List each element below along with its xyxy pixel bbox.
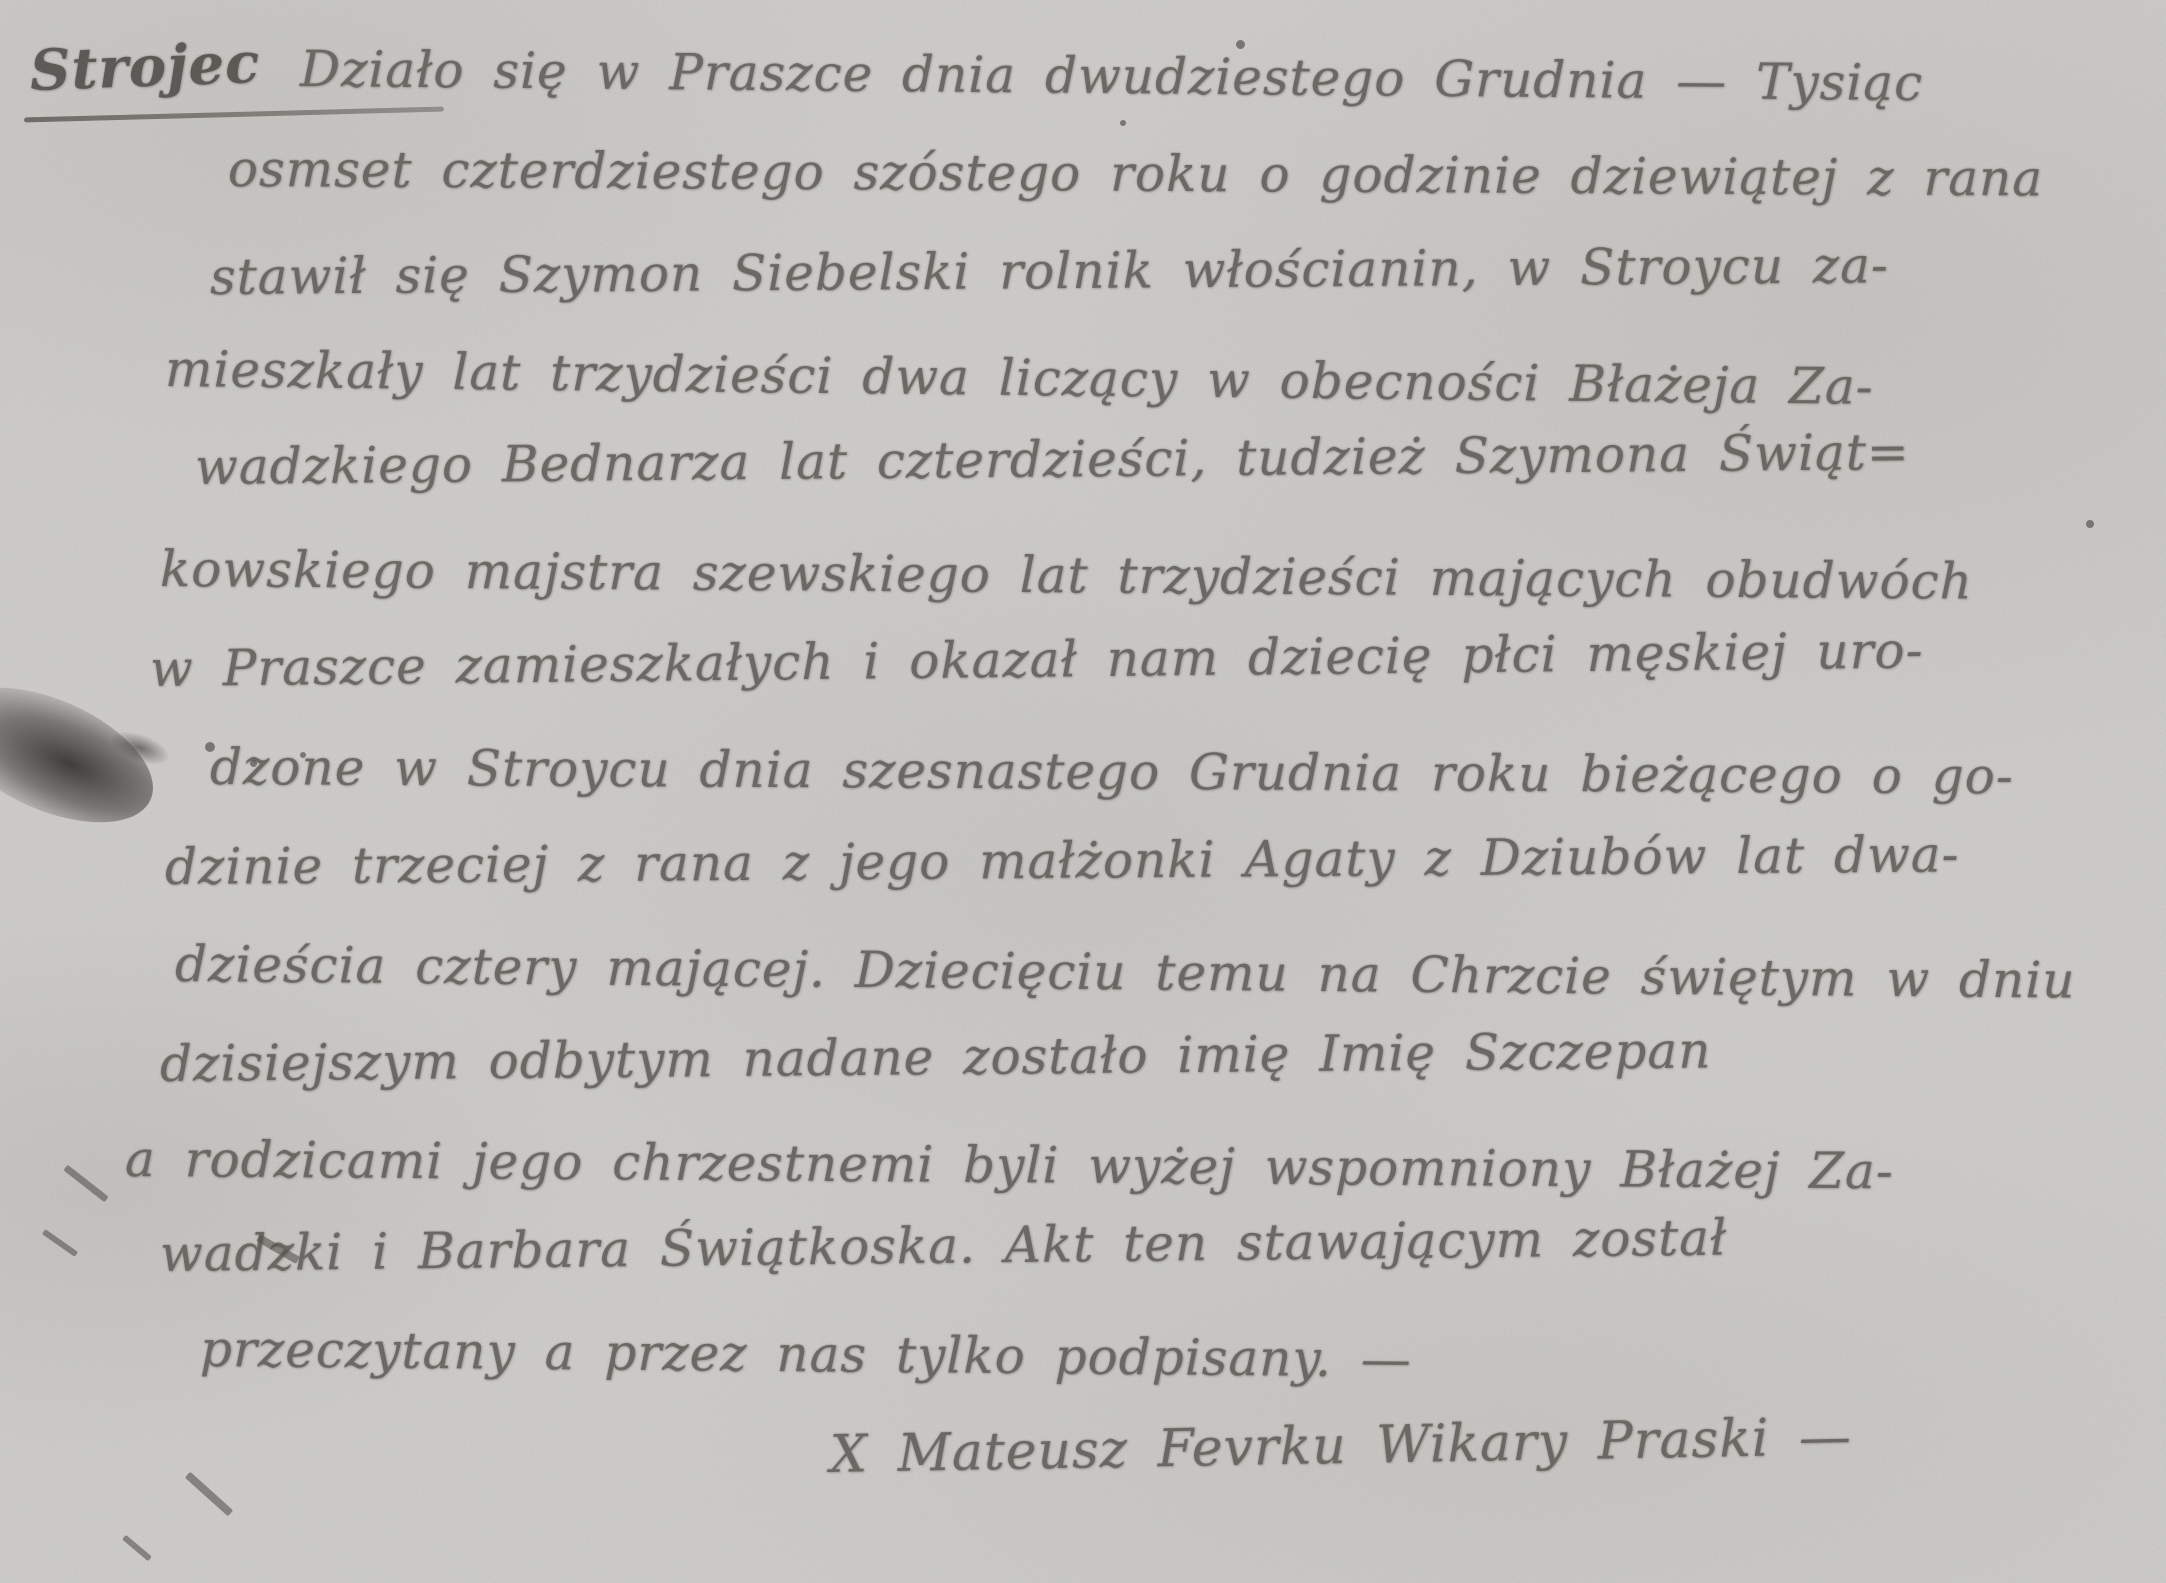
- record-line: stawił się Szymon Siebelski rolnik włośc…: [210, 236, 1889, 306]
- record-line: osmset czterdziestego szóstego roku o go…: [228, 140, 2043, 208]
- record-line: dzone w Stroycu dnia szesnastego Grudnia…: [210, 738, 2014, 805]
- record-line: przeczytany a przez nas tylko podpisany.…: [200, 1320, 1412, 1389]
- margin-place-name: Strojec: [29, 30, 261, 104]
- record-line: a rodzicami jego chrzestnemi byli wyżej …: [125, 1130, 1894, 1200]
- document-scan: Strojec Działo się w Praszce dnia dwudzi…: [0, 0, 2166, 1583]
